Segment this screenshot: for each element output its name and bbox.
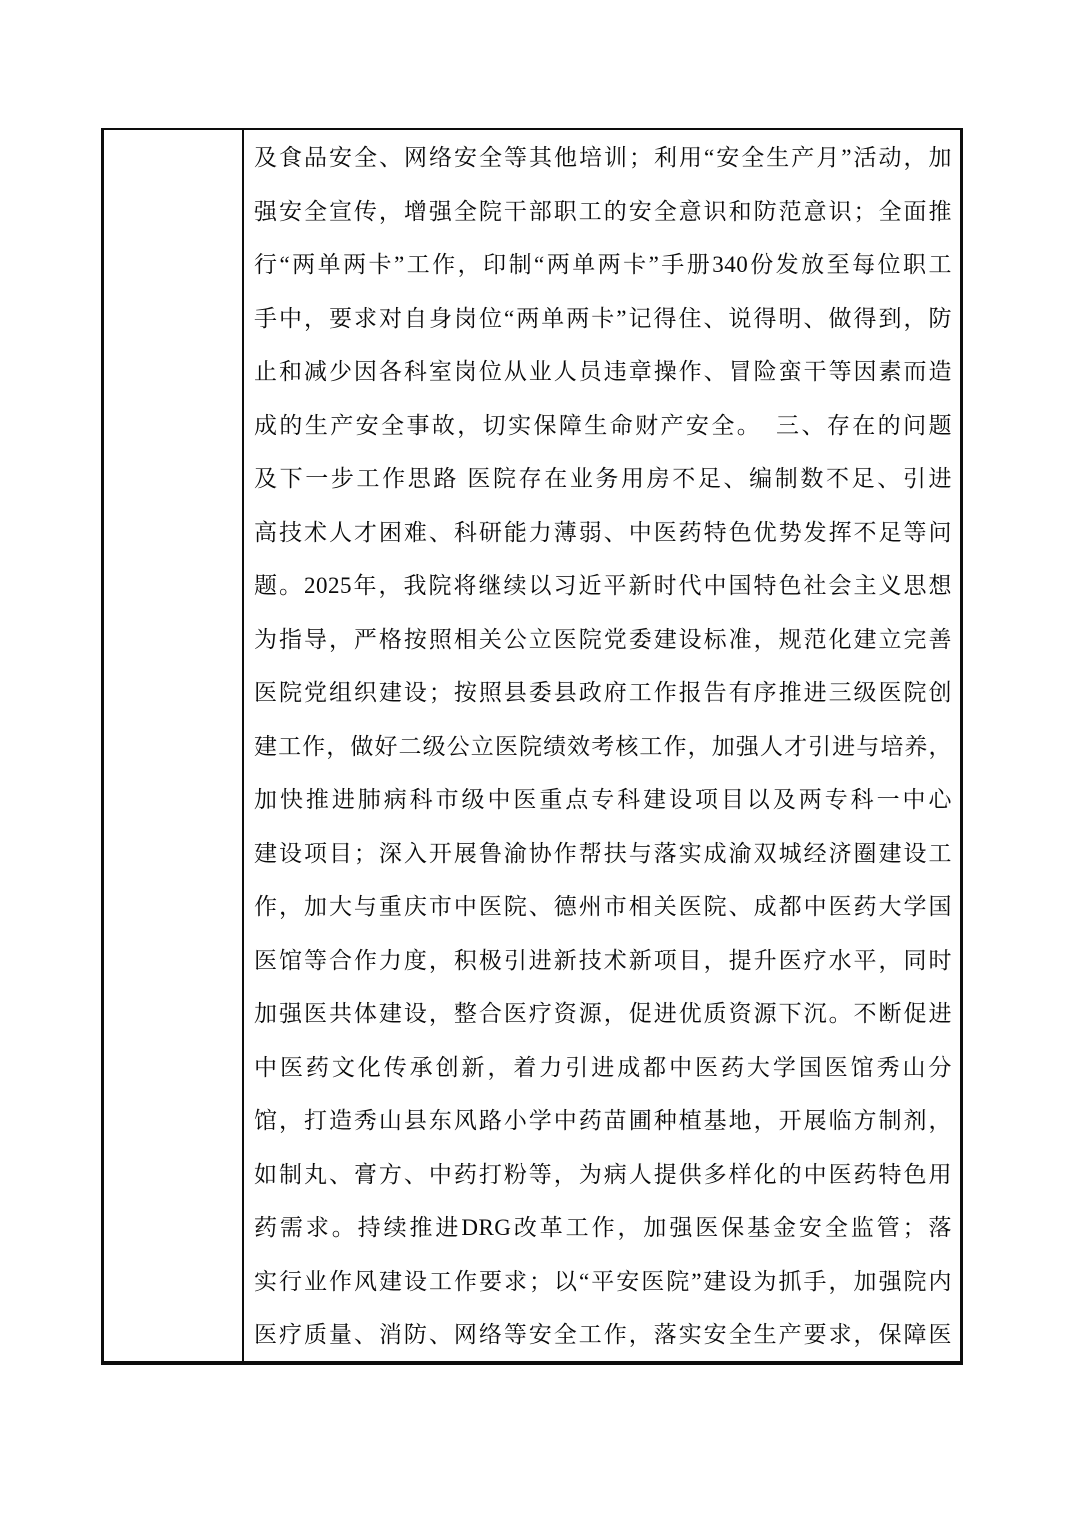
paragraph-line: 止和减少因各科室岗位从业人员违章操作、冒险蛮干等因素而造 xyxy=(254,345,952,399)
paragraph-line: 馆，打造秀山县东风路小学中药苗圃种植基地，开展临方制剂， xyxy=(254,1094,952,1148)
table-cell-left-empty xyxy=(104,130,244,1361)
paragraph-line: 高技术人才困难、科研能力薄弱、中医药特色优势发挥不足等问 xyxy=(254,506,952,560)
paragraph-line: 医院党组织建设；按照县委县政府工作报告有序推进三级医院创 xyxy=(254,666,952,720)
paragraph-line: 成的生产安全事故，切实保障生命财产安全。 三、存在的问题 xyxy=(254,399,952,453)
paragraph-line: 加快推进肺病科市级中医重点专科建设项目以及两专科一中心 xyxy=(254,773,952,827)
paragraph-line: 强安全宣传，增强全院干部职工的安全意识和防范意识；全面推 xyxy=(254,185,952,239)
paragraph-line: 如制丸、膏方、中药打粉等，为病人提供多样化的中医药特色用 xyxy=(254,1148,952,1202)
paragraph-line: 为指导，严格按照相关公立医院党委建设标准，规范化建立完善 xyxy=(254,613,952,667)
paragraph-line: 药需求。持续推进DRG改革工作，加强医保基金安全监管；落 xyxy=(254,1201,952,1255)
table-cell-content: 及食品安全、网络安全等其他培训；利用“安全生产月”活动，加 强安全宣传，增强全院… xyxy=(244,130,960,1361)
paragraph-line: 建设项目；深入开展鲁渝协作帮扶与落实成渝双城经济圈建设工 xyxy=(254,827,952,881)
paragraph-line: 题。2025年，我院将继续以习近平新时代中国特色社会主义思想 xyxy=(254,559,952,613)
paragraph-line: 建工作，做好二级公立医院绩效考核工作，加强人才引进与培养， xyxy=(254,720,952,774)
paragraph-line: 中医药文化传承创新，着力引进成都中医药大学国医馆秀山分 xyxy=(254,1041,952,1095)
paragraph-line: 及食品安全、网络安全等其他培训；利用“安全生产月”活动，加 xyxy=(254,131,952,185)
paragraph-line: 及下一步工作思路 医院存在业务用房不足、编制数不足、引进 xyxy=(254,452,952,506)
paragraph-line: 作，加大与重庆市中医院、德州市相关医院、成都中医药大学国 xyxy=(254,880,952,934)
paragraph-line: 医疗质量、消防、网络等安全工作，落实安全生产要求，保障医 xyxy=(254,1308,952,1361)
document-table: 及食品安全、网络安全等其他培训；利用“安全生产月”活动，加 强安全宣传，增强全院… xyxy=(101,128,963,1365)
paragraph-line: 加强医共体建设，整合医疗资源，促进优质资源下沉。不断促进 xyxy=(254,987,952,1041)
paragraph-line: 手中，要求对自身岗位“两单两卡”记得住、说得明、做得到，防 xyxy=(254,292,952,346)
paragraph-line: 医馆等合作力度，积极引进新技术新项目，提升医疗水平，同时 xyxy=(254,934,952,988)
paragraph-line: 实行业作风建设工作要求；以“平安医院”建设为抓手，加强院内 xyxy=(254,1255,952,1309)
document-page: 及食品安全、网络安全等其他培训；利用“安全生产月”活动，加 强安全宣传，增强全院… xyxy=(0,0,1074,1520)
paragraph-line: 行“两单两卡”工作，印制“两单两卡”手册340份发放至每位职工 xyxy=(254,238,952,292)
